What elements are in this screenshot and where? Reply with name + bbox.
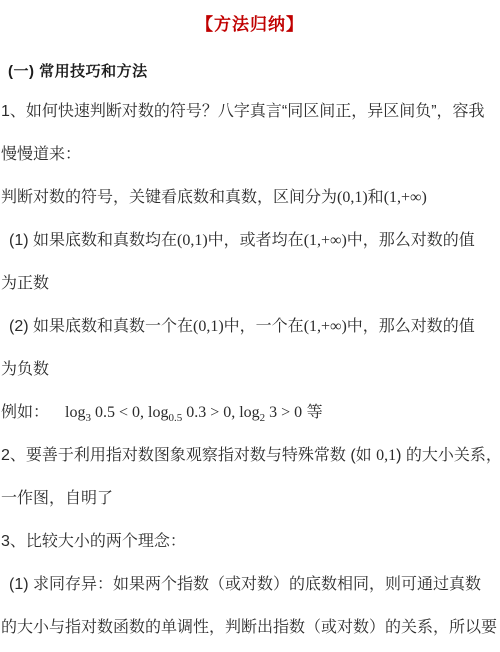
text-line: (1) 求同存异：如果两个指数（或对数）的底数相同，则可通过真数 xyxy=(1,563,500,606)
text-run: log xyxy=(49,404,85,421)
text-run: (1) 求同存异：如果两个指数（或对数）的底数相同，则可通过真数 xyxy=(9,576,481,593)
text-run: 0.5 xyxy=(168,412,182,424)
text-run: ) 的大小关系， xyxy=(396,447,500,464)
text-run: 中，那么对数的值 xyxy=(347,318,475,335)
document-body: 1、如何快速判断对数的符号？八字真言“同区间正，异区间负”，容我慢慢道来：判断对… xyxy=(1,90,500,649)
text-line: 为负数 xyxy=(1,348,500,391)
text-run: (2) 如果底数和真数一个在 xyxy=(9,318,193,335)
text-line: 1、如何快速判断对数的符号？八字真言“同区间正，异区间负”，容我 xyxy=(1,90,500,133)
text-run: (1,+∞) xyxy=(304,232,347,249)
text-line: 为正数 xyxy=(1,262,500,305)
text-line: 3、比较大小的两个理念： xyxy=(1,520,500,563)
text-run: 等 xyxy=(302,404,322,421)
text-run: 中，一个在 xyxy=(224,318,304,335)
text-run: 0,1 xyxy=(376,447,396,464)
section-heading: (一) 常用技巧和方法 xyxy=(8,60,148,81)
text-run: 例如： xyxy=(1,404,49,421)
text-run: 3、比较大小的两个理念： xyxy=(1,533,186,550)
text-run: 为负数 xyxy=(1,361,49,378)
text-run: 中，那么对数的值 xyxy=(347,232,475,249)
text-run: (0,1) xyxy=(337,189,368,206)
text-line: 慢慢道来： xyxy=(1,133,500,176)
text-run: 中，或者均在 xyxy=(208,232,304,249)
text-run: (1) 如果底数和真数均在 xyxy=(9,232,177,249)
text-run: (1,+∞) xyxy=(304,318,347,335)
text-run: 一作图，自明了 xyxy=(1,490,113,507)
text-run: 3 > 0 xyxy=(265,404,302,421)
text-line: 例如： log3 0.5 < 0, log0.5 0.3 > 0, log2 3… xyxy=(1,391,500,434)
text-run: 1、如何快速判断对数的符号？八字真言“同区间正，异区间负”，容我 xyxy=(1,103,485,120)
text-run: 0.5 < 0, log xyxy=(91,404,168,421)
page-title: 【方法归纳】 xyxy=(0,10,500,35)
text-run: (0,1) xyxy=(177,232,208,249)
text-run: 为正数 xyxy=(1,275,49,292)
text-line: 判断对数的符号，关键看底数和真数，区间分为(0,1)和(1,+∞) xyxy=(1,176,500,219)
text-run: 慢慢道来： xyxy=(1,146,81,163)
text-line: 一作图，自明了 xyxy=(1,477,500,520)
text-run: 和 xyxy=(368,189,384,206)
text-run: (1,+∞) xyxy=(384,189,427,206)
text-line: (1) 如果底数和真数均在(0,1)中，或者均在(1,+∞)中，那么对数的值 xyxy=(1,219,500,262)
text-run: 0.3 > 0, log xyxy=(182,404,259,421)
text-line: 2、要善于利用指对数图象观察指对数与特殊常数 (如 0,1) 的大小关系， xyxy=(1,434,500,477)
document-page: 【方法归纳】 (一) 常用技巧和方法 1、如何快速判断对数的符号？八字真言“同区… xyxy=(0,0,500,652)
text-line: (2) 如果底数和真数一个在(0,1)中，一个在(1,+∞)中，那么对数的值 xyxy=(1,305,500,348)
text-run: 判断对数的符号，关键看底数和真数，区间分为 xyxy=(1,189,337,206)
text-run: 2、要善于利用指对数图象观察指对数与特殊常数 (如 xyxy=(1,447,376,464)
text-run: (0,1) xyxy=(193,318,224,335)
text-run: 的大小与指对数函数的单调性，判断出指数（或对数）的关系，所以要 xyxy=(1,619,497,636)
text-line: 的大小与指对数函数的单调性，判断出指数（或对数）的关系，所以要 xyxy=(1,606,500,649)
